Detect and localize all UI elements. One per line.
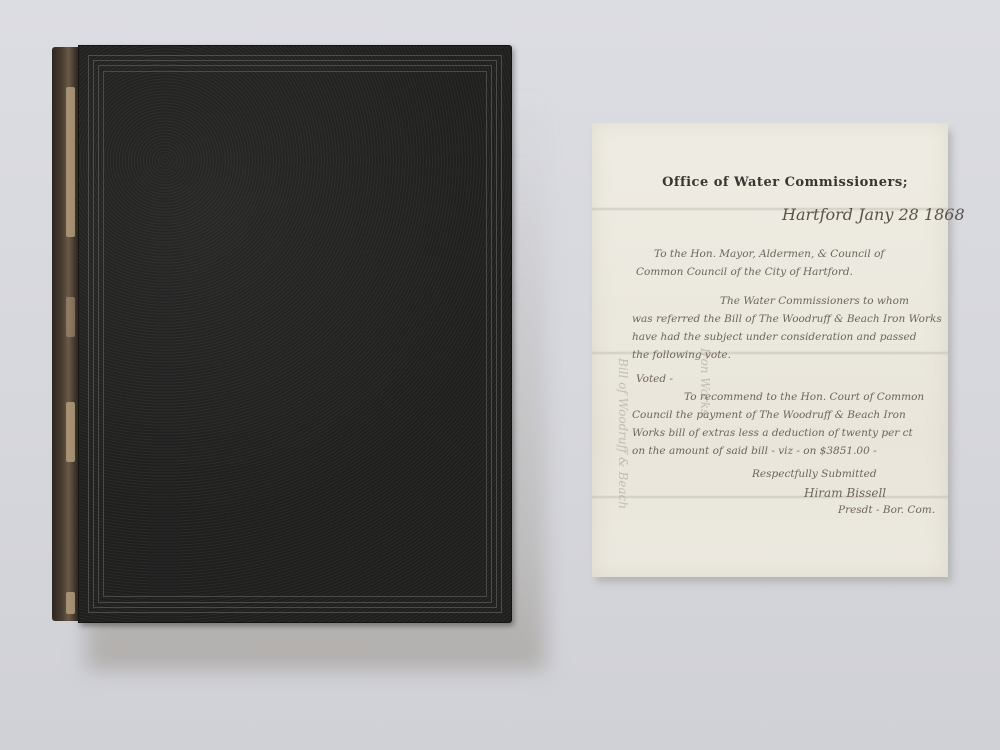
letterhead: Office of Water Commissioners; — [592, 175, 948, 190]
spine-wear — [66, 592, 75, 614]
spine-wear — [66, 87, 75, 237]
letter-line: Common Council of the City of Hartford. — [636, 266, 853, 278]
vote-line: on the amount of said bill - viz - on $3… — [632, 445, 877, 457]
antique-book — [52, 45, 512, 623]
letter-line: have had the subject under consideration… — [632, 331, 916, 343]
cover-frame-line — [103, 71, 487, 597]
vote-line: Works bill of extras less a deduction of… — [632, 427, 913, 439]
voted-label: Voted - — [636, 373, 673, 385]
bleed-through-text: Bill of Woodruff & Beach — [616, 358, 630, 509]
letter-line: the following vote. — [632, 349, 731, 361]
letter-line: was referred the Bill of The Woodruff & … — [632, 313, 942, 325]
closing: Respectfully Submitted — [752, 468, 877, 480]
vote-line: Council the payment of The Woodruff & Be… — [632, 409, 906, 421]
photo-scene: Bill of Woodruff & Beach Iron Works Offi… — [0, 0, 1000, 750]
spine-wear — [66, 297, 75, 337]
letter-line: To the Hon. Mayor, Aldermen, & Council o… — [654, 248, 884, 260]
signature: Hiram Bissell — [804, 486, 886, 500]
letter-line: The Water Commissioners to whom — [720, 295, 909, 307]
paper-fold — [592, 495, 948, 499]
signature-title: Presdt - Bor. Com. — [838, 504, 935, 516]
handwritten-letter: Bill of Woodruff & Beach Iron Works Offi… — [592, 123, 948, 577]
spine-wear — [66, 402, 75, 462]
vote-line: To recommend to the Hon. Court of Common — [684, 391, 924, 403]
date-line: Hartford Jany 28 1868 — [782, 205, 965, 224]
book-cover — [78, 45, 512, 623]
